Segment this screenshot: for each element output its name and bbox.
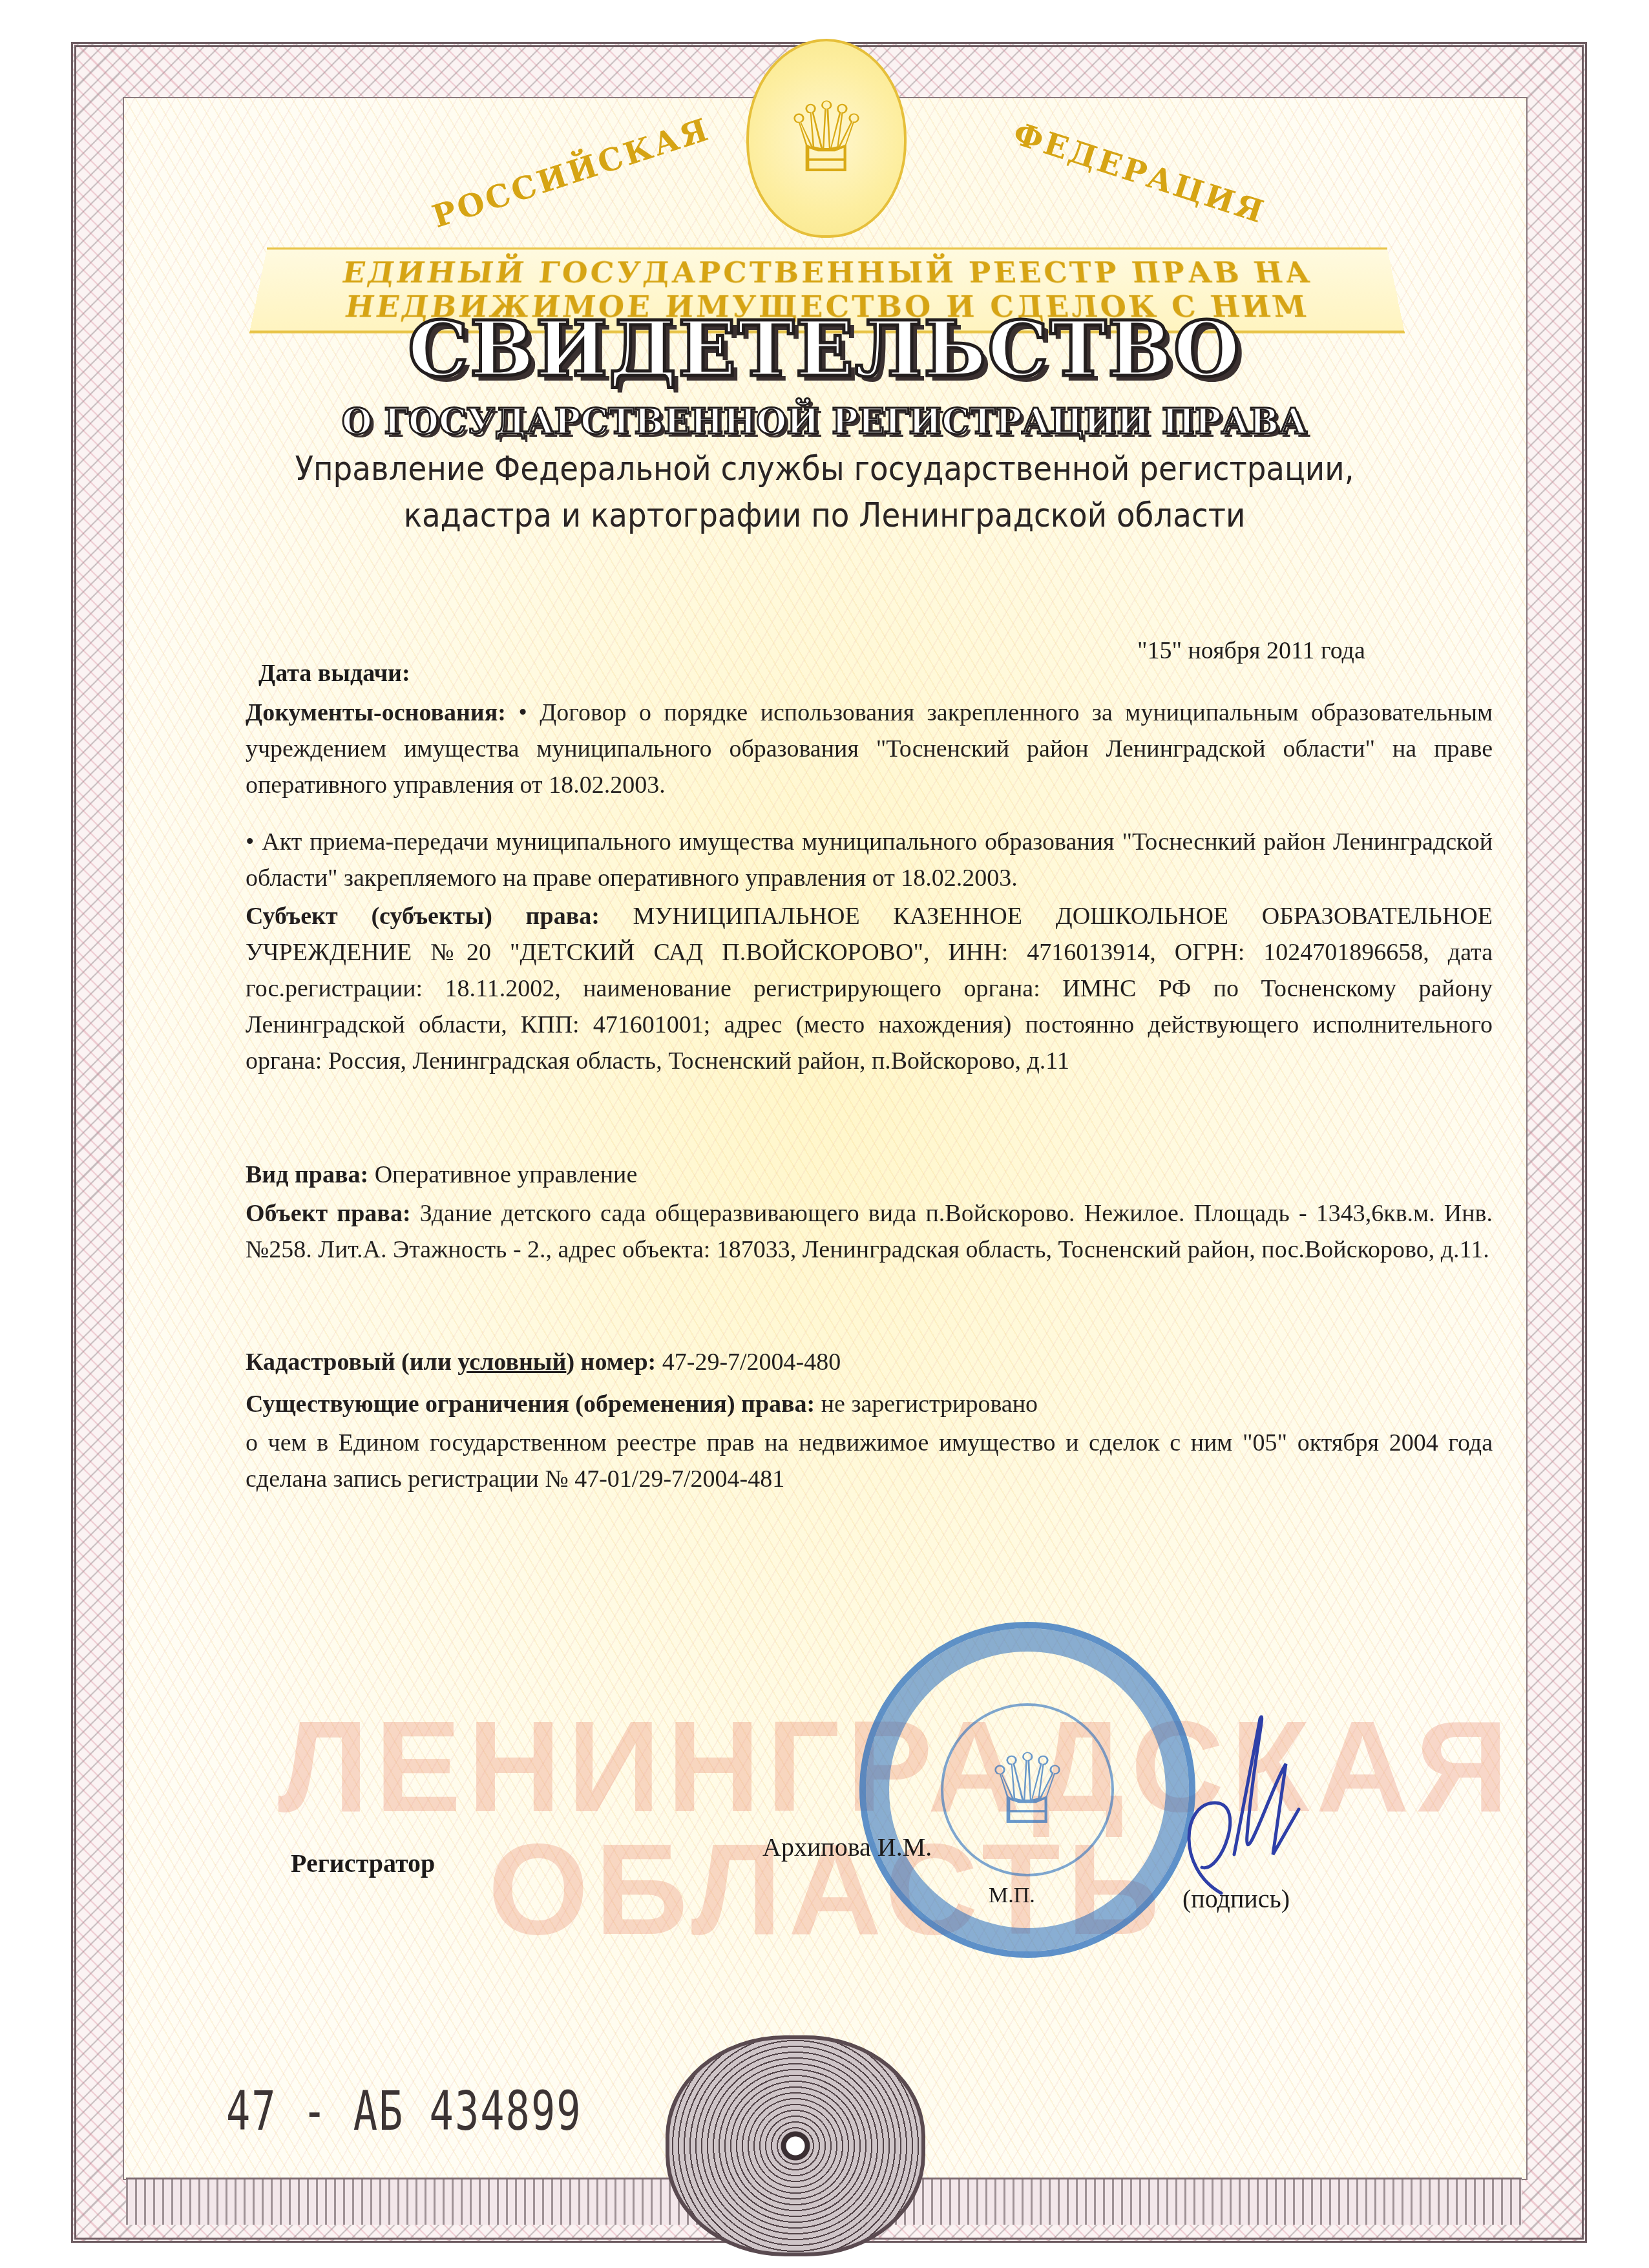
- right-type-label: Вид права:: [246, 1161, 368, 1188]
- issuing-agency: Управление Федеральной службы государств…: [0, 446, 1649, 539]
- basis-documents-label: Документы-основания:: [246, 699, 506, 726]
- right-holder: Субъект (субъекты) права: МУНИЦИПАЛЬНОЕ …: [246, 898, 1493, 1079]
- basis-document-2: • Акт приема-передачи муниципального иму…: [246, 828, 1493, 892]
- right-object: Объект права: Здание детского сада общер…: [246, 1195, 1493, 1268]
- agency-line-1: Управление Федеральной службы государств…: [0, 446, 1649, 492]
- cadastral-number-value: 47-29-7/2004-480: [662, 1349, 841, 1376]
- registrar-name: Архипова И.М.: [762, 1832, 932, 1862]
- agency-line-2: кадастра и картографии по Ленинградской …: [0, 492, 1649, 539]
- serial-number: 47 - АБ 434899: [226, 2079, 582, 2143]
- cadastral-label-suffix: ) номер:: [566, 1349, 656, 1376]
- right-holder-label: Субъект (субъекты) права:: [246, 903, 600, 930]
- right-object-value: Здание детского сада общеразвивающего ви…: [246, 1200, 1493, 1263]
- basis-document-2-block: • Акт приема-передачи муниципального иму…: [246, 824, 1493, 896]
- guilloche-rosette-icon: [666, 2035, 925, 2256]
- handwritten-signature-icon: [1163, 1706, 1305, 1900]
- signature-label: (подпись): [1182, 1884, 1290, 1914]
- certificate-subtitle: О ГОСУДАРСТВЕННОЙ РЕГИСТРАЦИИ ПРАВА: [0, 401, 1649, 442]
- cadastral-label-underlined: условный: [457, 1349, 566, 1376]
- cadastral-label-prefix: Кадастровый (или: [246, 1349, 457, 1376]
- basis-documents: Документы-основания: • Договор о порядке…: [246, 695, 1493, 803]
- right-type: Вид права: Оперативное управление: [246, 1157, 1493, 1193]
- russian-coat-of-arms-icon: ♕: [746, 39, 907, 238]
- cadastral-number: Кадастровый (или условный) номер: 47-29-…: [246, 1344, 1493, 1380]
- restrictions-label: Существующие ограничения (обременения) п…: [246, 1391, 815, 1418]
- registry-record: о чем в Едином государственном реестре п…: [246, 1425, 1493, 1497]
- restrictions: Существующие ограничения (обременения) п…: [246, 1386, 1493, 1422]
- right-object-label: Объект права:: [246, 1200, 411, 1227]
- right-type-value: Оперативное управление: [375, 1161, 638, 1188]
- restrictions-value: не зарегистрировано: [821, 1391, 1038, 1418]
- issue-date-label: Дата выдачи:: [258, 659, 410, 688]
- registrar-label: Регистратор: [291, 1848, 435, 1878]
- certificate-title: СВИДЕТЕЛЬСТВО: [0, 304, 1649, 394]
- seal-place-label: М.П.: [989, 1884, 1035, 1908]
- issue-date-value: "15" ноября 2011 года: [1137, 636, 1365, 665]
- seal-eagle-icon: ♕: [941, 1703, 1114, 1876]
